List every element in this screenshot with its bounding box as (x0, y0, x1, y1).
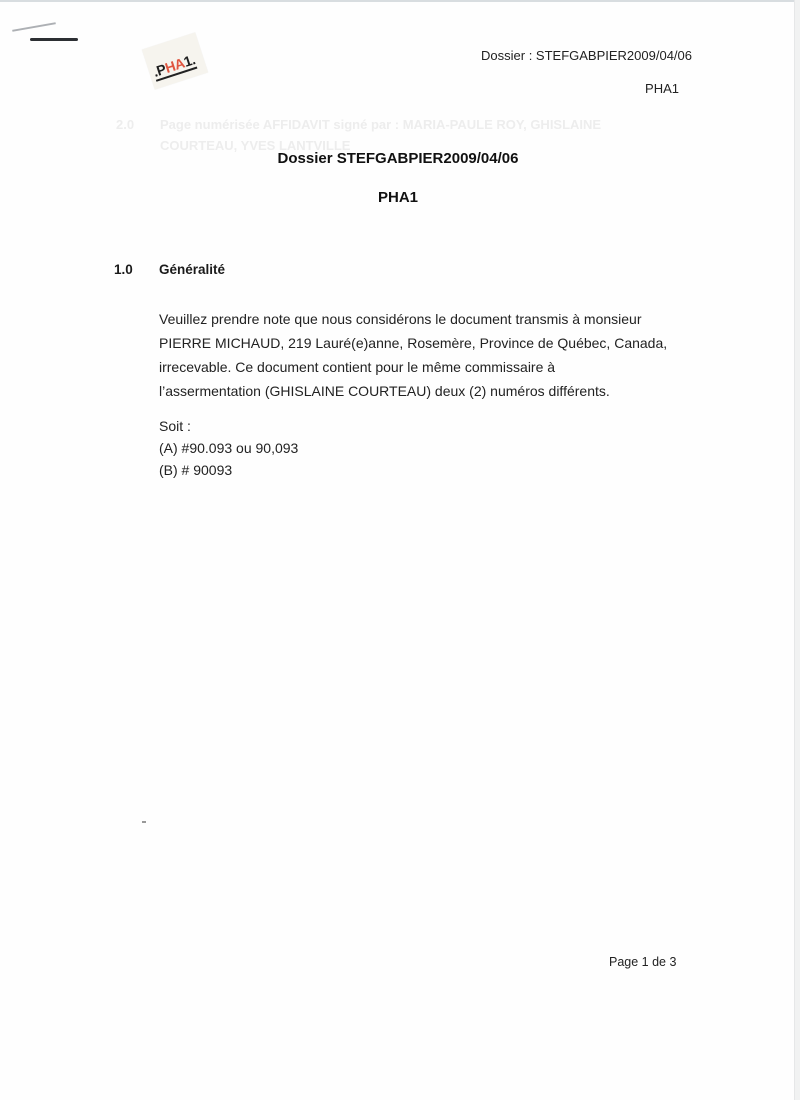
section-number: 1.0 (114, 262, 133, 277)
paragraph-line: l’assermentation (GHISLAINE COURTEAU) de… (159, 379, 679, 403)
list-item: (A) #90.093 ou 90,093 (159, 437, 298, 459)
pha1-sticker: .PHA1. (142, 32, 208, 89)
bleed-through-number: 2.0 (116, 117, 134, 132)
page-number: Page 1 de 3 (609, 955, 676, 969)
section-heading: Généralité (159, 262, 225, 277)
page-subtitle: PHA1 (0, 189, 798, 206)
list-intro: Soit : (159, 415, 298, 437)
header-dossier: Dossier : STEFGABPIER2009/04/06 (481, 48, 692, 63)
number-list: Soit : (A) #90.093 ou 90,093 (B) # 90093 (159, 415, 298, 481)
section-paragraph: Veuillez prendre note que nous considéro… (159, 307, 679, 403)
paragraph-line: PIERRE MICHAUD, 219 Lauré(e)anne, Rosemè… (159, 331, 679, 355)
list-item: (B) # 90093 (159, 459, 298, 481)
paragraph-line: Veuillez prendre note que nous considéro… (159, 307, 679, 331)
sticker-label: .PHA1. (151, 52, 197, 82)
document-page: .PHA1. Dossier : STEFGABPIER2009/04/06 P… (0, 0, 800, 1100)
paragraph-line: irrecevable. Ce document contient pour l… (159, 355, 679, 379)
staple-mark (12, 22, 56, 32)
bleed-through-line-1: Page numérisée AFFIDAVIT signé par : MAR… (160, 117, 601, 132)
scan-speck (142, 821, 146, 823)
page-title: Dossier STEFGABPIER2009/04/06 (0, 150, 798, 167)
scan-top-edge (0, 0, 800, 2)
staple-icon (30, 38, 78, 41)
header-code: PHA1 (645, 81, 679, 96)
